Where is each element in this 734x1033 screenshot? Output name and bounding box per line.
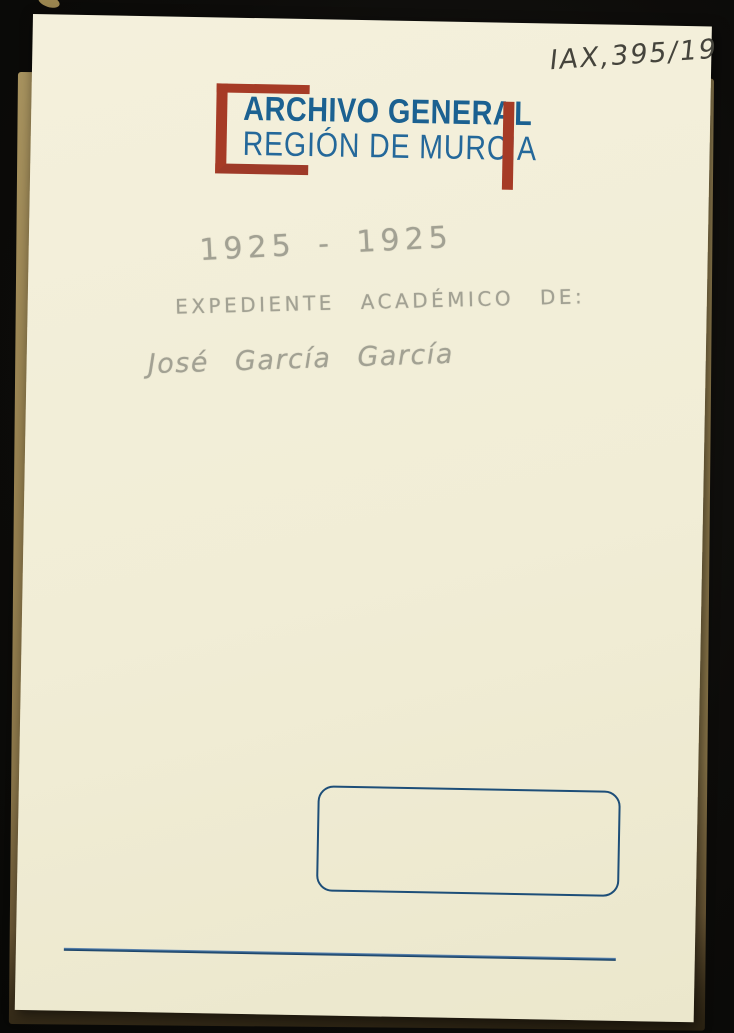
empty-signature-box: [316, 785, 621, 897]
reference-code-handwriting: IAX,395/19: [548, 34, 719, 77]
expediente-title-handwriting: EXPEDIENTE ACADÉMICO DE:: [175, 284, 586, 318]
footer-rule-line: [64, 948, 616, 961]
logo-subtitle-line: REGIÓN DE MURCIA: [242, 127, 537, 167]
date-range-handwriting: 1925 - 1925: [199, 220, 454, 268]
archive-cover-page: IAX,395/19 ARCHIVO GENERAL REGIÓN DE MUR…: [15, 14, 712, 1022]
logo-right-bar-mark: [502, 102, 515, 190]
photographed-archive-scene: IAX,395/19 ARCHIVO GENERAL REGIÓN DE MUR…: [0, 0, 734, 1033]
person-name-handwriting: José García García: [147, 339, 454, 380]
sheet-corner-peek: [37, 0, 61, 10]
agrm-logo: ARCHIVO GENERAL REGIÓN DE MURCIA: [215, 83, 532, 204]
